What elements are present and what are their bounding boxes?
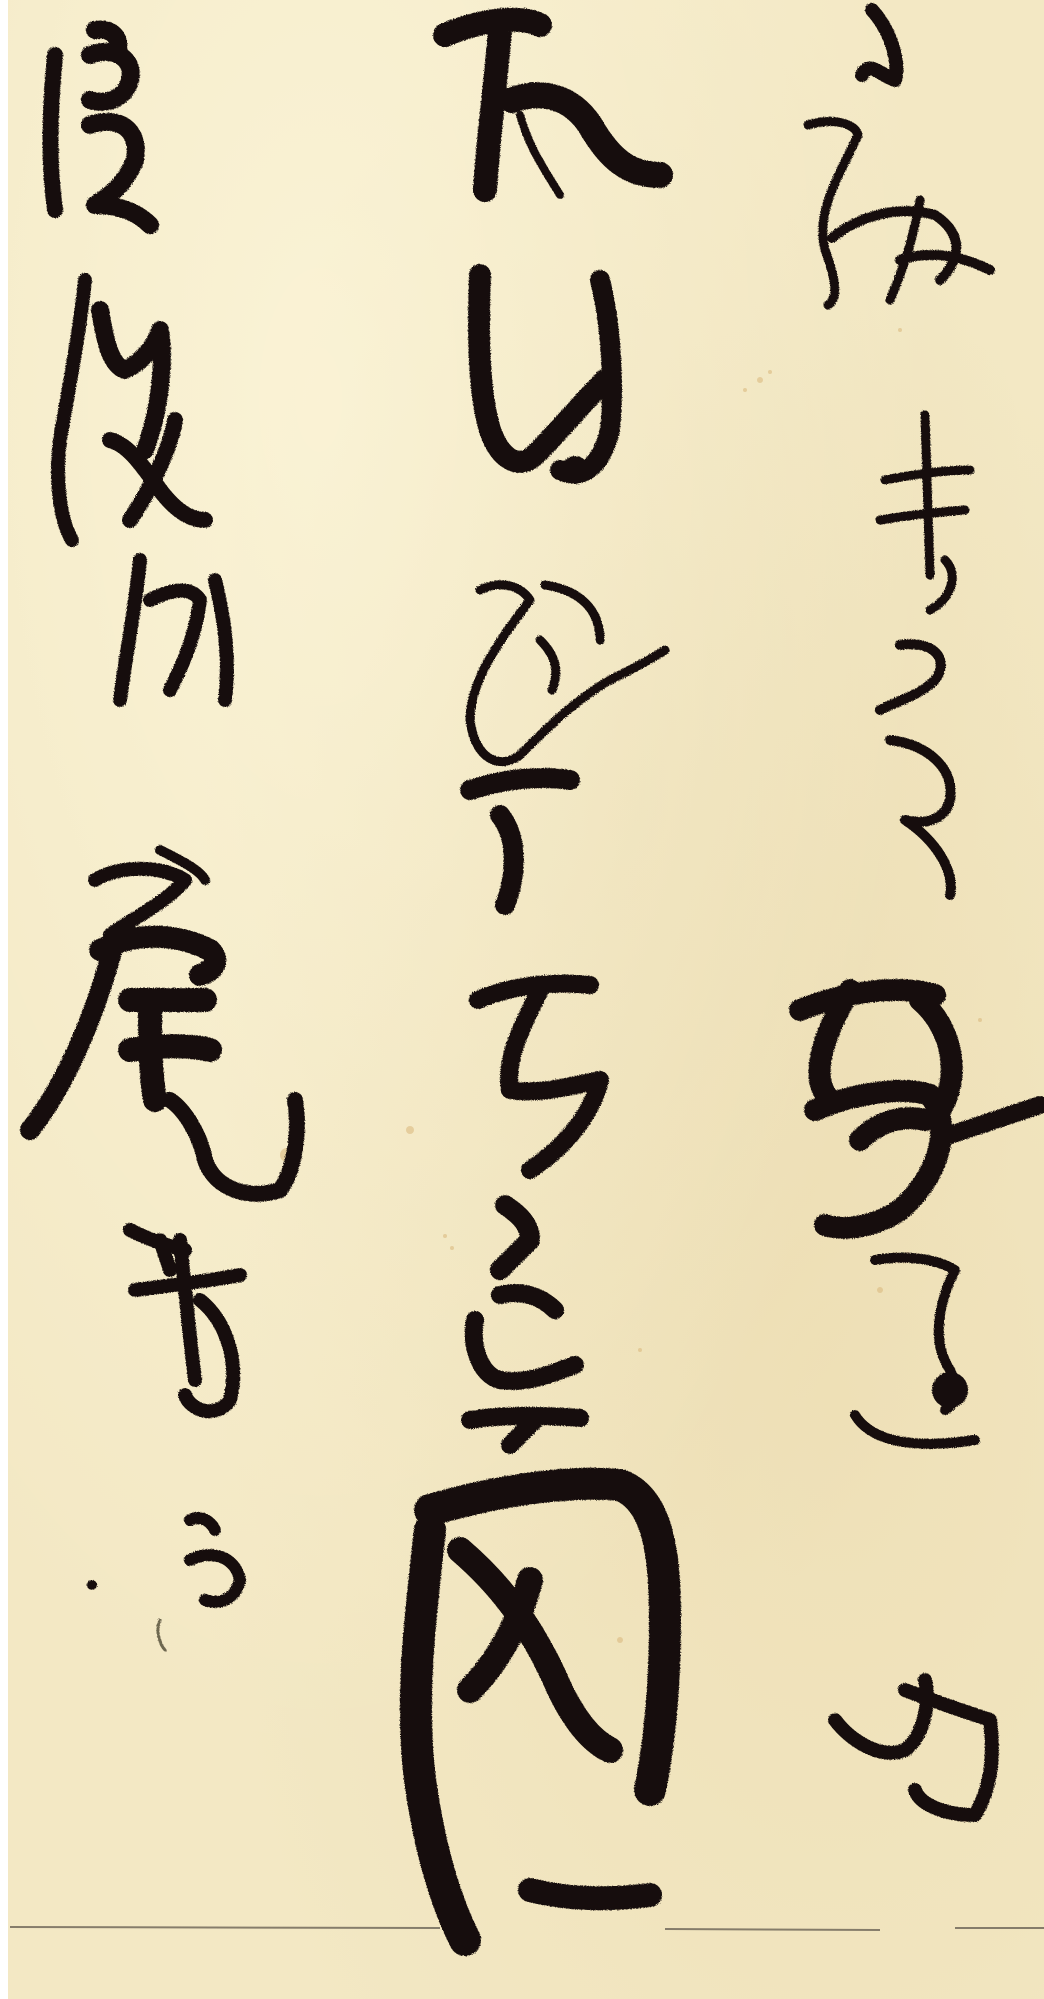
bottom-rule <box>10 1927 1044 1930</box>
column-right <box>800 10 1040 1815</box>
column-middle <box>416 20 665 1940</box>
calligraphy-artwork <box>0 0 1044 1999</box>
column-left <box>30 30 297 1650</box>
